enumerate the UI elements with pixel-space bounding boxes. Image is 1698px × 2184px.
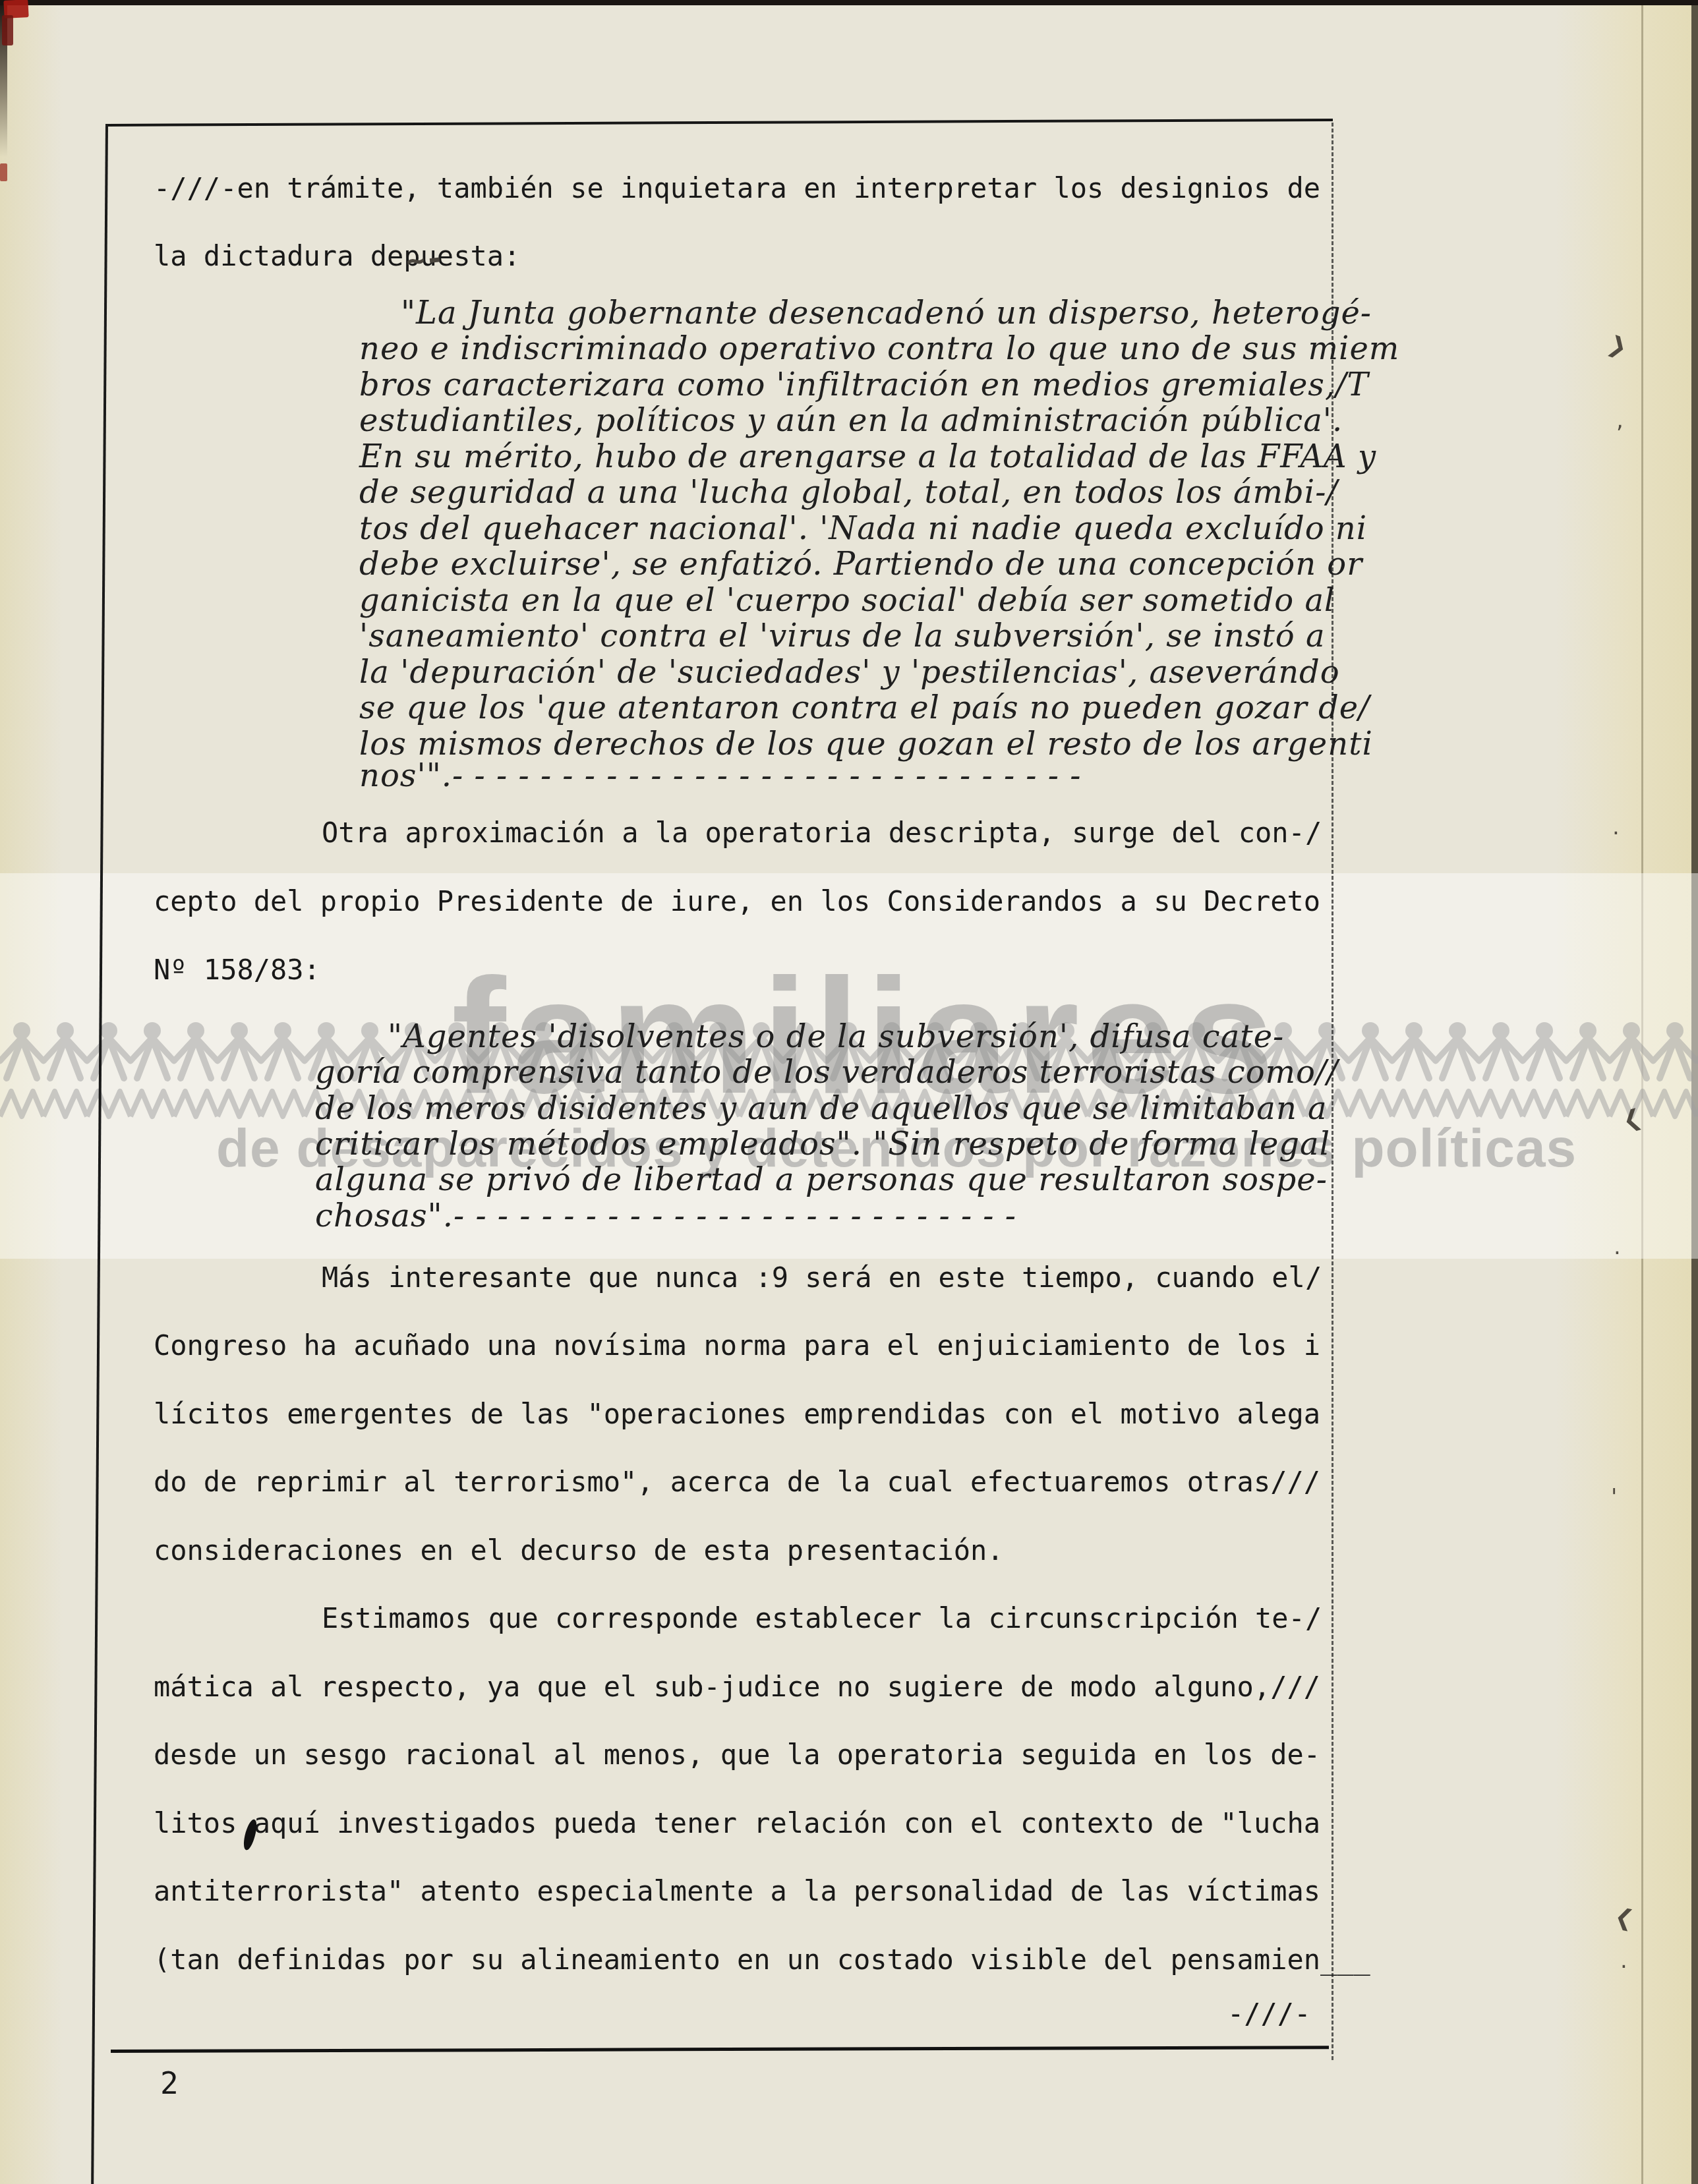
quote-line: "Agentes 'disolventes o de la subversión… [388,1019,1284,1055]
document-line: Congreso ha acuñado una novísima norma p… [154,1330,1320,1362]
quote-line: En su mérito, hubo de arengarse a la tot… [359,439,1376,475]
quote-line: goría comprensiva tanto de los verdadero… [315,1054,1338,1091]
document-line: desde un sesgo racional al menos, que la… [154,1739,1320,1771]
scan-top-shadow [0,0,1698,5]
quote-line: neo e indiscriminado operativo contra lo… [359,331,1399,367]
document-line: do de reprimir al terrorismo", acerca de… [154,1466,1320,1498]
document-line: -///-en trámite, también se inquietara e… [154,173,1320,204]
document-line: Estimamos que corresponde establecer la … [322,1603,1322,1634]
quote-line: la 'depuración' de 'suciedades' y 'pesti… [359,654,1340,691]
ink-speck: · [1620,1954,1627,1980]
quote-line: alguna se privó de libertad a personas q… [315,1162,1328,1198]
quote-line: "La Junta gobernante desencadenó un disp… [401,295,1372,331]
document-line: litos aquí investigados pueda tener rela… [154,1808,1320,1839]
frame-top-rule [107,119,1333,127]
pen-smudge: ~- [404,239,446,280]
ink-speck: · [1614,1240,1621,1267]
document-line: mática al respecto, ya que el sub-judice… [154,1671,1320,1703]
quote-line: criticar los métodos empleados". "Sin re… [315,1126,1330,1163]
ink-speck: , [1616,407,1624,434]
quote-line: nos'".- - - - - - - - - - - - - - - - - … [359,758,1082,794]
quote-line: bros caracterizara como 'infiltración en… [359,367,1368,403]
document-line: Más interesante que nunca :9 será en est… [322,1262,1322,1294]
footer-rule [111,2046,1329,2053]
document-line: consideraciones en el decurso de esta pr… [154,1535,1004,1566]
document-line: Nº 158/83: [154,954,320,986]
document-line: Otra aproximación a la operatoria descri… [322,817,1322,849]
quote-line: tos del quehacer nacional'. 'Nada ni nad… [359,511,1367,547]
quote-line: de los meros disidentes y aun de aquello… [315,1091,1328,1127]
quote-line: estudiantiles, políticos y aún en la adm… [359,403,1343,439]
quote-line: se que los 'que atentaron contra el país… [359,690,1370,726]
red-ink-mark [2,15,13,45]
quote-line: ganicista en la que el 'cuerpo social' d… [359,583,1335,619]
document-line: lícitos emergentes de las "operaciones e… [154,1398,1320,1430]
quote-line: chosas".- - - - - - - - - - - - - - - - … [315,1198,1016,1234]
quote-line: de seguridad a una 'lucha global, total,… [359,474,1338,511]
scanned-document-page: familiares de desaparecidos y detenidos … [0,0,1698,2184]
red-ink-mark [0,163,7,181]
ink-speck: · [1612,820,1620,847]
quote-line: debe excluirse', se enfatizó. Partiendo … [359,546,1362,583]
ink-speck: ' [1611,1484,1617,1510]
document-line: cepto del propio Presidente de iure, en … [154,886,1320,917]
document-line: la dictadura depuesta: [154,241,520,272]
quote-line: 'saneamiento' contra el 'virus de la sub… [359,618,1326,654]
document-line: (tan definidas por su alineamiento en un… [154,1944,1370,1976]
document-line: antiterrorista" atento especialmente a l… [154,1876,1320,1907]
continuation-mark: -///- [1227,1998,1310,2030]
page-number: 2 [160,2066,179,2101]
